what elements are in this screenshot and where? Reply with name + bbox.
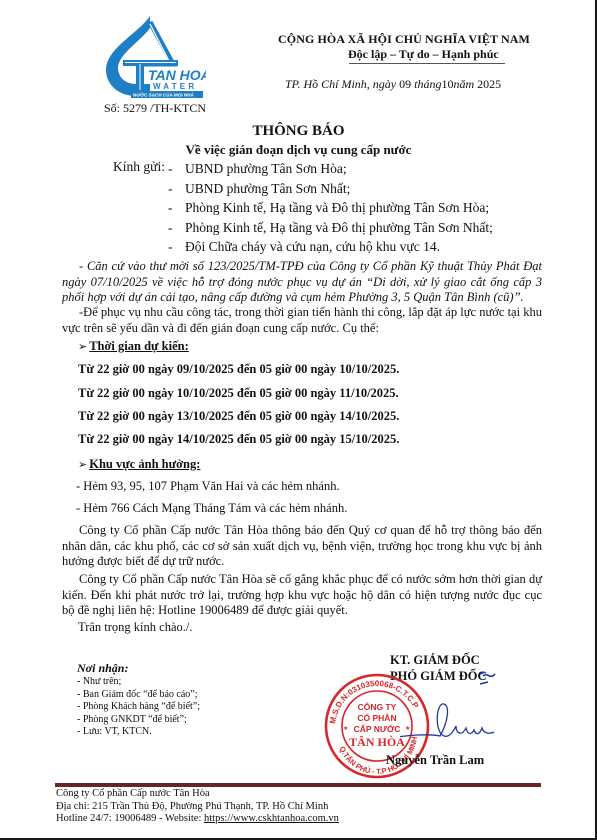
- recipient-item: -Phòng Kinh tế, Hạ tầng và Đô thị phường…: [168, 198, 493, 218]
- motto-underline: [349, 63, 505, 64]
- closing-greeting: Trân trọng kính chào./.: [78, 620, 192, 635]
- document-page: TAN HOA WATER NƯỚC SẠCH CỦA MỌI NHÀ Số: …: [0, 0, 595, 838]
- schedule-row: Từ 22 giờ 00 ngày 10/10/2025 đến 05 giờ …: [78, 386, 399, 401]
- footer-address: Địa chỉ: 215 Trần Thủ Độ, Phường Phú Thạ…: [56, 801, 339, 814]
- national-title: CỘNG HÒA XÃ HỘI CHỦ NGHĨA VIỆT NAM: [278, 32, 530, 47]
- document-title: THÔNG BÁO: [0, 123, 597, 140]
- signer-name: Nguyễn Trần Lam: [386, 753, 484, 768]
- distribution-item: - Như trên;: [77, 676, 200, 689]
- document-subtitle: Về việc gián đoạn dịch vụ cung cấp nước: [0, 142, 597, 158]
- recipient-item: -UBND phường Tân Sơn Nhất;: [168, 179, 493, 199]
- document-number: Số: 5279 /TH-KTCN: [104, 101, 206, 116]
- footer: Công ty Cổ phần Cấp nước Tân Hòa Địa chỉ…: [56, 788, 339, 826]
- svg-text:WATER: WATER: [153, 82, 197, 91]
- arrow-bullet-icon: ➢: [78, 459, 87, 471]
- svg-text:NƯỚC SẠCH CỦA MỌI NHÀ: NƯỚC SẠCH CỦA MỌI NHÀ: [133, 91, 195, 98]
- footer-divider: [55, 783, 541, 787]
- svg-text:CÔNG TY: CÔNG TY: [358, 701, 397, 712]
- recipient-item: -Phòng Kinh tế, Hạ tầng và Đô thị phường…: [168, 218, 493, 238]
- notice-paragraph: Công ty Cổ phần Cấp nước Tân Hòa thông b…: [62, 523, 542, 570]
- svg-text:★: ★: [343, 725, 348, 732]
- handwritten-signature-icon: [400, 672, 510, 752]
- schedule-heading: ➢Thời gian dự kiến:: [78, 339, 189, 354]
- recipients-list: -UBND phường Tân Sơn Hòa; -UBND phường T…: [168, 159, 493, 257]
- recipient-item: -Đội Chữa cháy và cứu nạn, cứu hộ khu vự…: [168, 237, 493, 257]
- distribution-item: - Phòng Khách hàng “để biết”;: [77, 701, 200, 714]
- distribution-title: Nơi nhận:: [77, 661, 128, 676]
- arrow-bullet-icon: ➢: [78, 341, 87, 353]
- schedule-row: Từ 22 giờ 00 ngày 09/10/2025 đến 05 giờ …: [78, 362, 399, 377]
- dateline: TP. Hồ Chí Minh, ngày 09 tháng10năm 2025: [285, 77, 501, 92]
- footer-company: Công ty Cổ phần Cấp nước Tân Hòa: [56, 788, 339, 801]
- svg-text:TÂN HÒA: TÂN HÒA: [349, 735, 405, 749]
- distribution-list: - Như trên; - Ban Giám đốc “để báo cáo”;…: [77, 676, 200, 739]
- svg-text:CẤP NƯỚC: CẤP NƯỚC: [354, 723, 401, 734]
- svg-text:TAN HOA: TAN HOA: [148, 67, 206, 83]
- svg-text:CỔ PHẦN: CỔ PHẦN: [357, 712, 396, 723]
- recipient-item: -UBND phường Tân Sơn Hòa;: [168, 159, 493, 179]
- schedule-row: Từ 22 giờ 00 ngày 13/10/2025 đến 05 giờ …: [78, 409, 399, 424]
- distribution-item: - Ban Giám đốc “để báo cáo”;: [77, 689, 200, 702]
- affected-area: - Hẻm 766 Cách Mạng Tháng Tám và các hẻm…: [76, 501, 347, 516]
- basis-paragraph: - Căn cứ vào thư mời số 123/2025/TM-TPĐ …: [62, 259, 542, 306]
- distribution-item: - Lưu: VT, KTCN.: [77, 726, 200, 739]
- footer-contact: Hotline 24/7: 19006489 - Website: https:…: [56, 813, 339, 826]
- area-heading: ➢Khu vực ảnh hưởng:: [78, 457, 200, 472]
- national-motto: Độc lập – Tự do – Hạnh phúc: [348, 47, 499, 62]
- affected-area: - Hẻm 93, 95, 107 Phạm Văn Hai và các hẻ…: [76, 479, 340, 494]
- signer-title-1: KT. GIÁM ĐỐC: [390, 653, 480, 668]
- schedule-row: Từ 22 giờ 00 ngày 14/10/2025 đến 05 giờ …: [78, 432, 399, 447]
- distribution-item: - Phòng GNKDT “để biết”;: [77, 714, 200, 727]
- purpose-paragraph: -Để phục vụ nhu cầu công tác, trong thời…: [62, 305, 542, 336]
- recipients-label: Kính gửi:: [113, 159, 165, 175]
- commitment-paragraph: Công ty Cổ phần Cấp nước Tân Hòa sẽ cố g…: [62, 572, 542, 619]
- website-link[interactable]: https://www.cskhtanhoa.com.vn: [204, 813, 339, 824]
- tan-hoa-water-logo: TAN HOA WATER NƯỚC SẠCH CỦA MỌI NHÀ: [98, 14, 206, 98]
